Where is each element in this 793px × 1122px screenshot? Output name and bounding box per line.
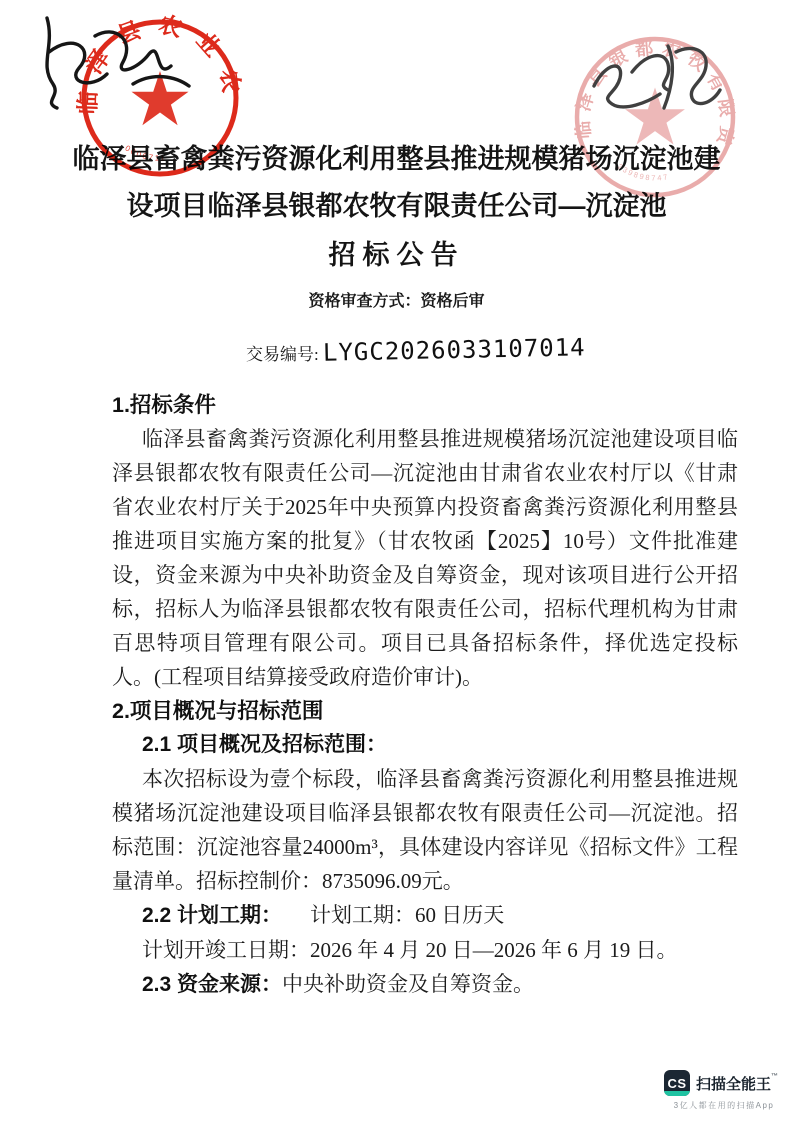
trademark-symbol: ™ [771, 1073, 778, 1080]
section2-1-paragraph: 本次招标设为壹个标段，临泽县畜禽粪污资源化利用整县推进规模猪场沉淀池建设项目临泽… [112, 762, 738, 898]
scanner-logo-row: CS 扫描全能王™ [664, 1070, 784, 1096]
transaction-number-line: 交易编号: LYGC2026033107014 [246, 338, 586, 366]
section2-3-text: 中央补助资金及自筹资金。 [282, 972, 534, 996]
section2-2-dates: 计划开竣工日期：2026 年 4 月 20 日—2026 年 6 月 19 日。 [112, 933, 738, 967]
section1-paragraph: 临泽县畜禽粪污资源化利用整县推进规模猪场沉淀池建设项目临泽县银都农牧有限责任公司… [112, 422, 738, 694]
section2-1-heading: 2.1 项目概况及招标范围： [112, 728, 738, 762]
svg-text:0006711: 0006711 [123, 144, 167, 163]
section1-heading: 1.招标条件 [112, 388, 738, 422]
title-line-3: 招标公告 [0, 230, 793, 279]
handwritten-transaction-number: LYGC2026033107014 [323, 333, 586, 366]
scanner-badge-accent-bar [664, 1091, 690, 1096]
qualification-review-line: 资格审查方式：资格后审 [0, 288, 793, 311]
section2-2-heading: 2.2 计划工期： [142, 904, 282, 927]
seal-serial-number: 0006711 [123, 144, 167, 163]
section2-2-line: 2.2 计划工期：计划工期：60 日历天 [112, 898, 738, 933]
scanner-watermark: CS 扫描全能王™ 3亿人都在用的扫描App [664, 1070, 784, 1111]
section2-heading: 2.项目概况与招标范围 [112, 694, 738, 728]
scanner-tagline: 3亿人都在用的扫描App [664, 1100, 784, 1111]
official-seal-yindu-company: 临泽县银都农牧有限责任公司 239898747 [560, 22, 750, 202]
official-seal-agriculture-bureau: 临泽县农业农村局 0006711 [35, 8, 245, 180]
document-body: 1.招标条件 临泽县畜禽粪污资源化利用整县推进规模猪场沉淀池建设项目临泽县银都农… [112, 388, 738, 1002]
section2-3-heading: 2.3 资金来源： [142, 973, 282, 996]
seal-serial-number: 239898747 [616, 162, 670, 183]
section2-3-line: 2.3 资金来源：中央补助资金及自筹资金。 [112, 967, 738, 1002]
svg-text:239898747: 239898747 [616, 162, 670, 183]
scanner-app-name: 扫描全能王™ [696, 1073, 778, 1094]
scanner-badge-text: CS [667, 1076, 686, 1091]
scanner-badge-icon: CS [664, 1070, 690, 1096]
scanned-document-page: 临泽县畜禽粪污资源化利用整县推进规模猪场沉淀池建 设项目临泽县银都农牧有限责任公… [0, 0, 793, 1122]
section2-2-text: 计划工期：60 日历天 [310, 903, 504, 927]
transaction-label: 交易编号: [246, 345, 319, 364]
qualification-label: 资格审查方式： [308, 293, 420, 310]
qualification-value: 资格后审 [421, 293, 485, 310]
